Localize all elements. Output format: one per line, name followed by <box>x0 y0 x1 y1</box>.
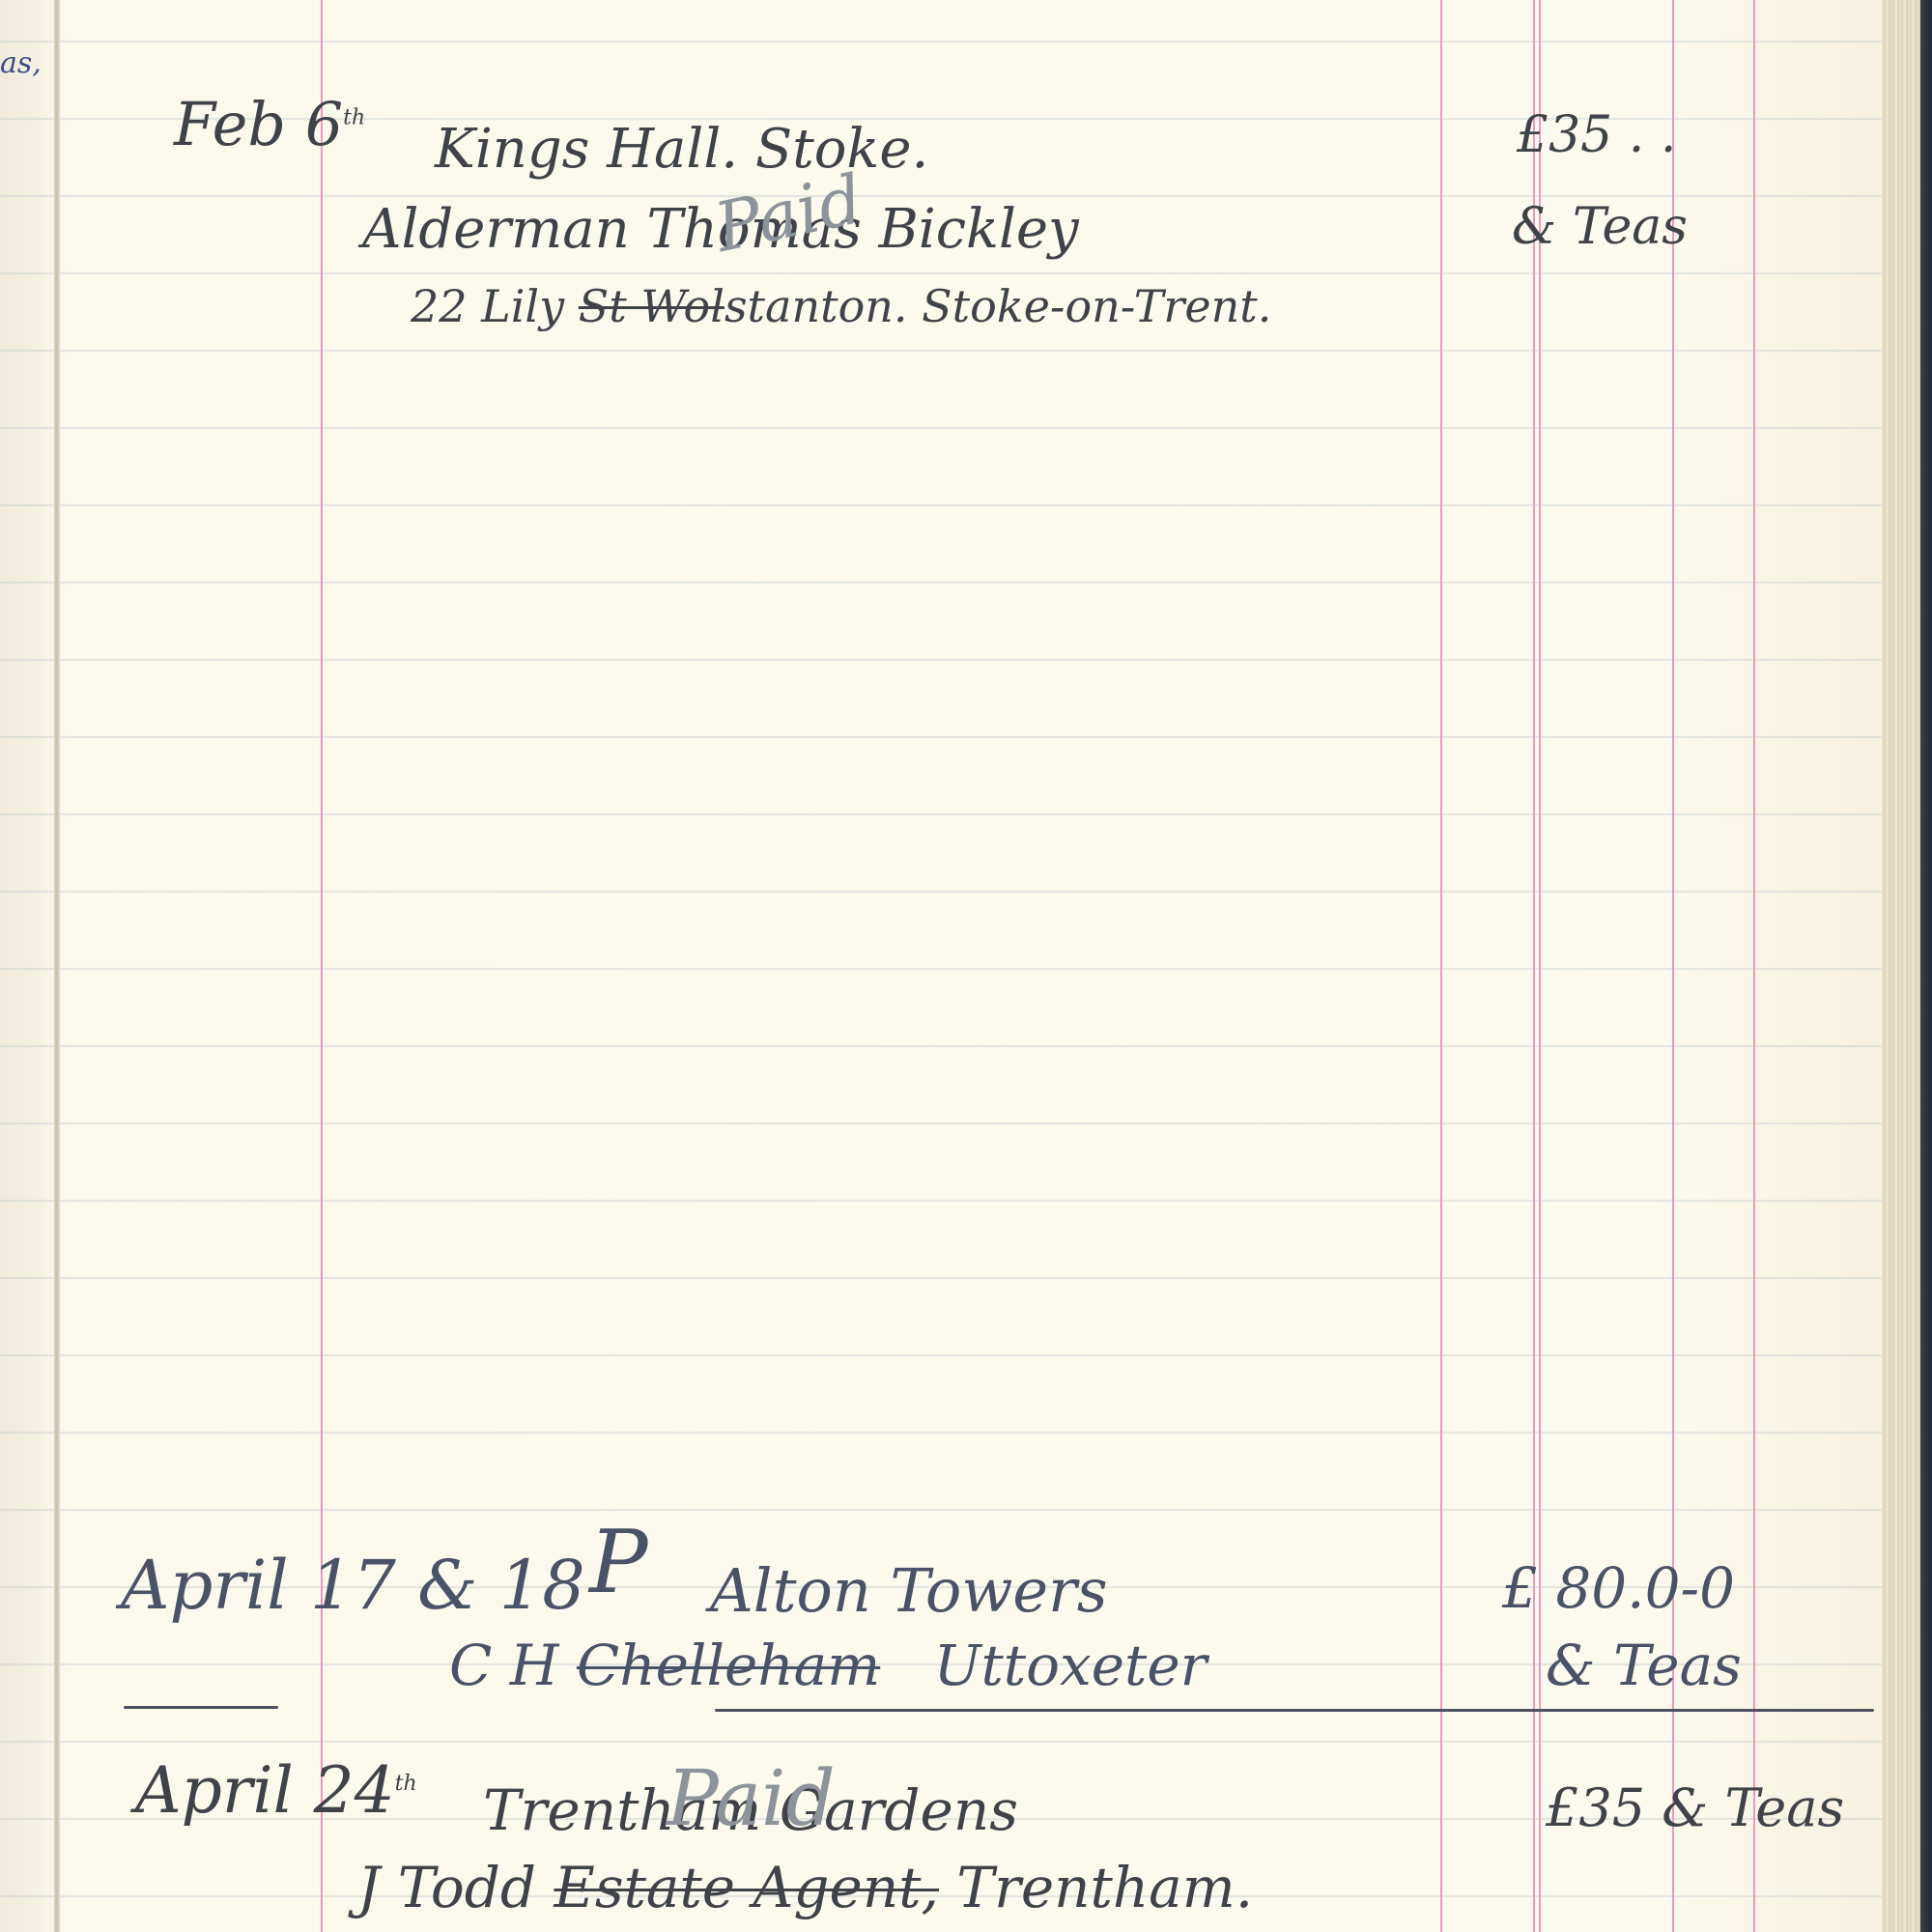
contact-struck-name: Chelleham <box>577 1633 880 1698</box>
column-rule-pounds-left <box>1533 0 1535 1932</box>
contact-location: Uttoxeter <box>934 1633 1207 1698</box>
entry-date: April 17 & 18 <box>121 1546 585 1625</box>
paid-overwrite-mark: P <box>589 1512 648 1613</box>
column-rule-amount <box>1440 0 1442 1932</box>
contact-location: Trentham. <box>956 1855 1253 1920</box>
date-text: April 24 <box>135 1753 395 1828</box>
address-number: 22 <box>411 280 468 332</box>
entry-date: Feb 6th <box>174 89 365 159</box>
address-town: stanton. Stoke-on-Trent. <box>724 280 1271 332</box>
address-struck-text: St Wol <box>579 280 724 332</box>
entry-address: 22 Lily St Wolstanton. Stoke-on-Trent. <box>411 280 1271 332</box>
entry-fee: £ 80.0-0 <box>1502 1555 1735 1621</box>
entry-separator-left <box>124 1706 278 1709</box>
page-edges <box>1882 0 1922 1932</box>
entry-contact: J Todd Estate Agent, Trentham. <box>357 1855 1253 1920</box>
date-suffix: th <box>343 105 365 129</box>
entry-fee-note: & Teas <box>1546 1633 1742 1698</box>
margin-rule <box>321 0 323 1932</box>
entry-fee: £35 & Teas <box>1546 1777 1844 1838</box>
contact-name: J Todd <box>357 1855 536 1920</box>
date-suffix: th <box>395 1772 417 1796</box>
entry-fee-note: & Teas <box>1512 198 1688 256</box>
column-rule-pence <box>1753 0 1755 1932</box>
entry-venue: Alton Towers <box>710 1555 1108 1626</box>
column-rule-pounds-right <box>1539 0 1541 1932</box>
date-text: Feb 6 <box>174 89 343 159</box>
previous-page-text: as, <box>0 46 42 80</box>
contact-initials: C H <box>449 1633 558 1698</box>
contact-struck-role: Estate Agent, <box>554 1855 939 1920</box>
binding-gutter <box>54 0 60 1932</box>
entry-separator-underline <box>715 1709 1874 1712</box>
entry-fee: £35 . . <box>1517 106 1676 164</box>
address-street: Lily <box>481 280 564 332</box>
entry-contact: C H Chelleham Uttoxeter <box>449 1633 1207 1698</box>
paid-overwrite-mark: Paid <box>667 1753 836 1843</box>
book-cover <box>1920 0 1932 1932</box>
ledger-page: as, Feb 6th Kings Hall. Stoke. Alderman … <box>0 0 1932 1932</box>
entry-date: April 24th <box>135 1753 417 1828</box>
